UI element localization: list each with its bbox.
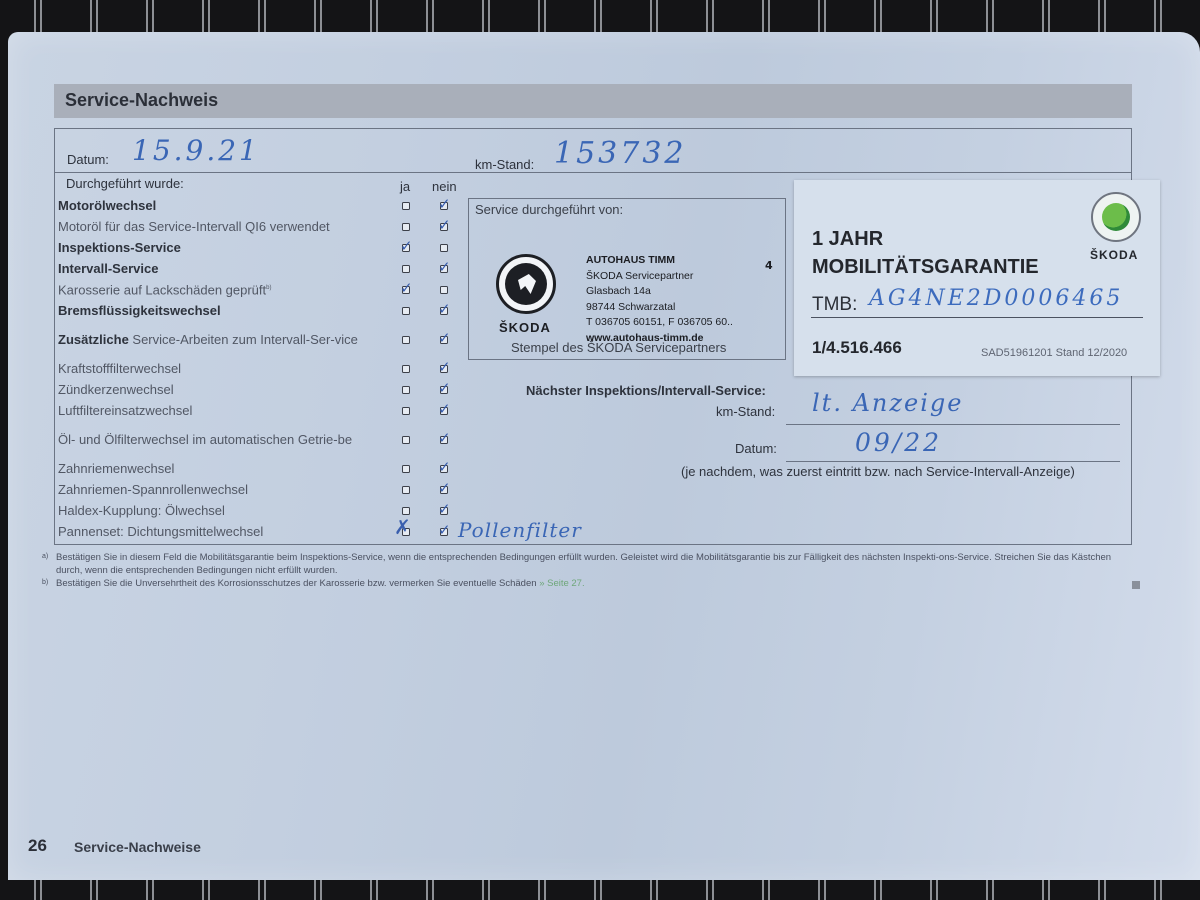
checklist-row: Pannenset: Dichtungsmittelwechsel✗✓ xyxy=(58,521,468,542)
sticker-title-line2: MOBILITÄTSGARANTIE xyxy=(812,256,1039,279)
tmb-underline xyxy=(811,317,1143,318)
footnote: a)Bestätigen Sie in diesem Feld die Mobi… xyxy=(42,551,1132,577)
checkmark-icon: ✓ xyxy=(438,404,451,414)
checkbox-ja[interactable] xyxy=(402,465,410,473)
checkmark-icon: ✓ xyxy=(438,220,451,230)
checklist-row: Motorölwechsel✓ xyxy=(58,195,468,216)
next-date-value[interactable]: 09/22 xyxy=(855,428,942,457)
next-km-value[interactable]: lt. Anzeige xyxy=(812,389,963,417)
checkbox-ja[interactable] xyxy=(402,265,410,273)
next-service-note: (je nachdem, was zuerst eintritt bzw. na… xyxy=(681,464,1075,479)
checkmark-icon: ✓ xyxy=(438,462,451,472)
checklist-row: Zusätzliche Service-Arbeiten zum Interva… xyxy=(58,321,468,358)
checklist-item-label: Bremsflüssigkeitswechsel xyxy=(58,303,388,318)
divider xyxy=(54,172,1132,173)
checklist-row: Intervall-Service✓ xyxy=(58,258,468,279)
checkbox-ja[interactable] xyxy=(402,436,410,444)
stamp-number: 4 xyxy=(765,259,773,272)
checklist-item-label: Zahnriemen-Spannrollenwechsel xyxy=(58,482,388,497)
checklist-item-label: Luftfiltereinsatzwechsel xyxy=(58,403,388,418)
column-ja: ja xyxy=(400,179,410,194)
mobility-guarantee-sticker: ŠKODA 1 JAHR MOBILITÄTSGARANTIE TMB: AG4… xyxy=(794,180,1160,376)
checklist-item-label: Zündkerzenwechsel xyxy=(58,382,388,397)
km-value[interactable]: 153732 xyxy=(554,136,687,171)
checklist-row: Luftfiltereinsatzwechsel✓ xyxy=(58,400,468,421)
next-date-underline xyxy=(786,461,1120,462)
skoda-logo-icon xyxy=(496,254,556,314)
dealer-stamp-box: Service durchgeführt von: ŠKODA AUTOHAUS… xyxy=(468,198,786,360)
checklist-item-label: Zusätzliche Service-Arbeiten zum Interva… xyxy=(58,332,388,347)
tmb-label: TMB: xyxy=(812,294,857,316)
next-service-heading: Nächster Inspektions/Intervall-Service: xyxy=(526,383,766,398)
checkmark-icon: ✓ xyxy=(438,262,451,272)
checklist-row: Öl- und Ölfilterwechsel im automatischen… xyxy=(58,421,468,458)
checkmark-icon: ✓ xyxy=(438,362,451,372)
checkbox-ja[interactable] xyxy=(402,507,410,515)
checklist-row: Zahnriemen-Spannrollenwechsel✓ xyxy=(58,479,468,500)
next-km-label: km-Stand: xyxy=(716,404,775,419)
sticker-title-line1: 1 JAHR xyxy=(812,228,883,251)
checklist-row: Kraftstofffilterwechsel✓ xyxy=(58,358,468,379)
checkbox-ja[interactable] xyxy=(402,365,410,373)
next-km-underline xyxy=(786,424,1120,425)
sticker-brand: ŠKODA xyxy=(1090,248,1138,262)
checkmark-icon: ✓ xyxy=(438,304,451,314)
checklist-row: Zündkerzenwechsel✓ xyxy=(58,379,468,400)
checklist-row: Inspektions-Service✓ xyxy=(58,237,468,258)
sticker-number: 1/4.516.466 xyxy=(812,338,902,358)
address-line: ŠKODA Servicepartner xyxy=(586,269,733,285)
section-title: Service-Nachweis xyxy=(65,90,218,111)
km-label: km-Stand: xyxy=(475,157,534,172)
section-title-bar: Service-Nachweis xyxy=(54,84,1132,118)
checkbox-ja[interactable] xyxy=(402,336,410,344)
checklist-row: Bremsflüssigkeitswechsel✓ xyxy=(58,300,468,321)
checkmark-icon: ✓ xyxy=(438,199,451,209)
stamp-heading: Service durchgeführt von: xyxy=(475,202,623,217)
tmb-value[interactable]: AG4NE2D0006465 xyxy=(869,286,1123,311)
checkbox-ja[interactable] xyxy=(402,223,410,231)
dealer-address: AUTOHAUS TIMMŠKODA ServicepartnerGlasbac… xyxy=(586,253,733,346)
handwritten-note: Pollenfilter xyxy=(458,518,582,542)
checklist-item-label: Zahnriemenwechsel xyxy=(58,461,388,476)
next-date-label: Datum: xyxy=(735,441,777,456)
end-marker xyxy=(1132,581,1140,589)
checklist-item-label: Haldex-Kupplung: Ölwechsel xyxy=(58,503,388,518)
checkbox-ja[interactable] xyxy=(402,486,410,494)
address-line: Glasbach 14a xyxy=(586,284,733,300)
stamp-brand: ŠKODA xyxy=(499,320,551,335)
address-line: T 036705 60151, F 036705 60.. xyxy=(586,315,733,331)
checkmark-icon: ✓ xyxy=(438,525,451,535)
checklist-item-label: Pannenset: Dichtungsmittelwechsel xyxy=(58,524,388,539)
date-value[interactable]: 15.9.21 xyxy=(132,134,260,167)
footnote: b)Bestätigen Sie die Unversehrtheit des … xyxy=(42,577,1132,590)
column-nein: nein xyxy=(432,179,457,194)
checkbox-ja[interactable] xyxy=(402,202,410,210)
checklist-item-label: Öl- und Ölfilterwechsel im automatischen… xyxy=(58,432,388,447)
checklist-row: Zahnriemenwechsel✓ xyxy=(58,458,468,479)
checklist-item-label: Kraftstofffilterwechsel xyxy=(58,361,388,376)
checkbox-ja[interactable] xyxy=(402,307,410,315)
checkmark-icon: ✓ xyxy=(400,241,413,251)
checklist-row: Motoröl für das Service-Intervall QI6 ve… xyxy=(58,216,468,237)
checkbox-ja[interactable] xyxy=(402,386,410,394)
date-label: Datum: xyxy=(67,152,109,167)
skoda-green-logo-icon xyxy=(1091,192,1141,242)
checkmark-icon: ✓ xyxy=(438,333,451,343)
checkmark-icon: ✓ xyxy=(438,504,451,514)
page-reference-link[interactable]: » Seite 27. xyxy=(539,578,584,589)
checklist-heading: Durchgeführt wurde: xyxy=(66,176,184,191)
checklist-item-label: Karosserie auf Lackschäden geprüftb) xyxy=(58,281,388,297)
checkbox-nein[interactable] xyxy=(440,244,448,252)
checklist-row: Karosserie auf Lackschäden geprüftb)✓ xyxy=(58,279,468,300)
sticker-code: SAD51961201 Stand 12/2020 xyxy=(981,347,1127,359)
checkmark-icon: ✓ xyxy=(438,433,451,443)
checkmark-icon: ✓ xyxy=(400,283,413,293)
page-section-title: Service-Nachweise xyxy=(74,839,201,855)
footnotes: a)Bestätigen Sie in diesem Feld die Mobi… xyxy=(42,551,1132,590)
checklist-item-label: Inspektions-Service xyxy=(58,240,388,255)
page-number: 26 xyxy=(28,836,47,856)
address-line: AUTOHAUS TIMM xyxy=(586,253,733,269)
checklist-item-label: Intervall-Service xyxy=(58,261,388,276)
checkmark-icon: ✓ xyxy=(438,383,451,393)
address-line: 98744 Schwarzatal xyxy=(586,300,733,316)
checkbox-ja[interactable] xyxy=(402,407,410,415)
checkmark-icon: ✓ xyxy=(438,483,451,493)
checklist-item-label: Motorölwechsel xyxy=(58,198,388,213)
checklist-item-label: Motoröl für das Service-Intervall QI6 ve… xyxy=(58,219,388,234)
checkmark-icon: ✗ xyxy=(394,522,411,532)
stamp-caption: Stempel des ŠKODA Servicepartners xyxy=(511,340,726,355)
checkbox-nein[interactable] xyxy=(440,286,448,294)
